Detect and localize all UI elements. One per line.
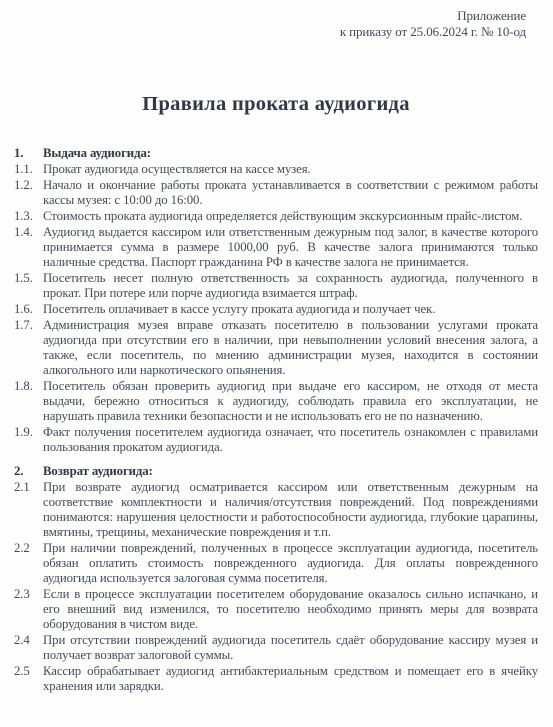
item-number: 1.6.	[14, 302, 33, 317]
list-item: 1.2. Начало и окончание работы проката у…	[14, 178, 538, 208]
item-text: Начало и окончание работы проката устана…	[43, 178, 538, 207]
item-text: Прокат аудиогида осуществляется на кассе…	[43, 162, 311, 176]
list-item: 1.8. Посетитель обязан проверить аудиоги…	[14, 379, 538, 424]
item-text: Посетитель оплачивает в кассе услугу про…	[43, 302, 435, 316]
item-number: 2.4	[14, 633, 30, 648]
list-item: 2.5 Кассир обрабатывает аудиогид антибак…	[14, 664, 538, 694]
item-text: Факт получения посетителем аудиогида озн…	[43, 425, 538, 454]
item-number: 2.5	[14, 664, 30, 679]
section-heading-text: Выдача аудиогида:	[43, 146, 151, 160]
item-number: 2.1	[14, 480, 30, 495]
item-text: При отсутствии повреждений аудиогида пос…	[43, 633, 538, 662]
list-item: 1.3. Стоимость проката аудиогида определ…	[14, 209, 538, 224]
item-number: 1.4.	[14, 225, 33, 240]
header-order-line: к приказу от 25.06.2024 г. № 10-од	[14, 24, 526, 40]
section-number: 1.	[14, 146, 23, 161]
list-item: 2.2 При наличии повреждений, полученных …	[14, 541, 538, 586]
item-text: Посетитель несет полную ответственность …	[43, 271, 538, 300]
item-text: Аудиогид выдается кассиром или ответстве…	[43, 225, 538, 269]
item-number: 1.5.	[14, 271, 33, 286]
section-number: 2.	[14, 464, 23, 479]
item-text: Посетитель обязан проверить аудиогид при…	[43, 379, 538, 423]
document-header: Приложение к приказу от 25.06.2024 г. № …	[14, 8, 538, 40]
item-number: 1.9.	[14, 425, 33, 440]
item-text: При возврате аудиогид осматривается касс…	[43, 480, 538, 539]
section-heading: 2. Возврат аудиогида:	[14, 464, 538, 479]
section-heading: 1. Выдача аудиогида:	[14, 146, 538, 161]
list-item: 1.7. Администрация музея вправе отказать…	[14, 318, 538, 378]
list-item: 1.6. Посетитель оплачивает в кассе услуг…	[14, 302, 538, 317]
item-number: 1.2.	[14, 178, 33, 193]
document-title: Правила проката аудиогида	[14, 92, 538, 116]
list-item: 2.3 Если в процессе эксплуатации посетит…	[14, 587, 538, 632]
item-text: Стоимость проката аудиогида определяется…	[43, 209, 522, 223]
item-text: Кассир обрабатывает аудиогид антибактери…	[43, 664, 538, 693]
item-number: 1.8.	[14, 379, 33, 394]
item-number: 2.2	[14, 541, 30, 556]
section-heading-text: Возврат аудиогида:	[43, 464, 153, 478]
item-number: 2.3	[14, 587, 30, 602]
section-issue-audioguide: 1. Выдача аудиогида: 1.1. Прокат аудиоги…	[14, 146, 538, 455]
item-number: 1.3.	[14, 209, 33, 224]
list-item: 1.4. Аудиогид выдается кассиром или отве…	[14, 225, 538, 270]
list-item: 2.4 При отсутствии повреждений аудиогида…	[14, 633, 538, 663]
item-text: При наличии повреждений, полученных в пр…	[43, 541, 538, 585]
section-return-audioguide: 2. Возврат аудиогида: 2.1 При возврате а…	[14, 464, 538, 694]
document-page: Приложение к приказу от 25.06.2024 г. № …	[0, 0, 553, 727]
list-item: 1.5. Посетитель несет полную ответственн…	[14, 271, 538, 301]
list-item: 1.9. Факт получения посетителем аудиогид…	[14, 425, 538, 455]
list-item: 2.1 При возврате аудиогид осматривается …	[14, 480, 538, 540]
item-text: Администрация музея вправе отказать посе…	[43, 318, 538, 377]
header-annex-line: Приложение	[14, 8, 526, 24]
list-item: 1.1. Прокат аудиогида осуществляется на …	[14, 162, 538, 177]
item-number: 1.7.	[14, 318, 33, 333]
item-text: Если в процессе эксплуатации посетителем…	[43, 587, 538, 631]
item-number: 1.1.	[14, 162, 33, 177]
